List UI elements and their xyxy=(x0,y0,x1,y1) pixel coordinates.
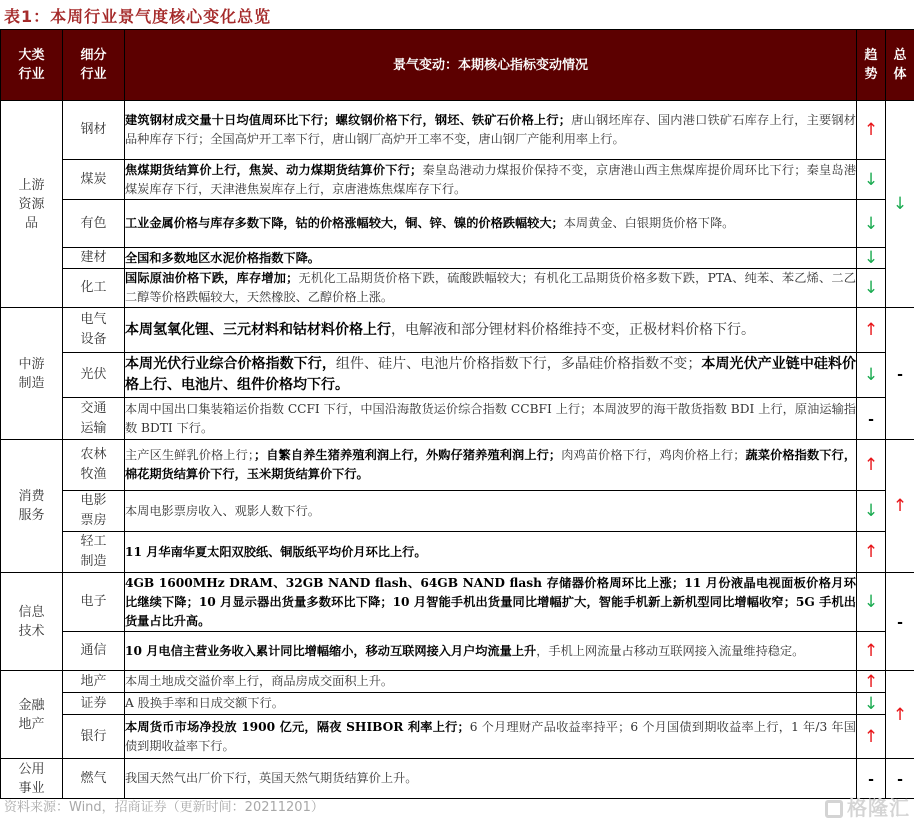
description-cell: 本周土地成交溢价率上行，商品房成交面积上升。 xyxy=(125,671,857,693)
header-subcategory: 细分行业 xyxy=(63,30,125,101)
table-row: 银行本周货币市场净投放 1900 亿元，隔夜 SHIBOR 利率上行；6 个月理… xyxy=(1,715,914,759)
dash-icon: - xyxy=(868,772,874,788)
arrow-up-icon: ↑ xyxy=(864,120,878,140)
trend-cell: ↓ xyxy=(857,491,886,532)
description-cell: 工业金属价格与库存多数下降，钴的价格涨幅较大，铜、锌、镍的价格跌幅较大；本周黄金… xyxy=(125,200,857,248)
arrow-up-icon: ↑ xyxy=(864,455,878,475)
table-row: 电影票房本周电影票房收入、观影人数下行。↓ xyxy=(1,491,914,532)
header-description: 景气变动：本期核心指标变动情况 xyxy=(125,30,857,101)
description-cell: A 股换手率和日成交额下行。 xyxy=(125,693,857,715)
arrow-down-icon: ↓ xyxy=(864,501,878,521)
arrow-up-icon: ↑ xyxy=(864,727,878,747)
overall-cell: ↓ xyxy=(886,101,914,308)
description-cell: 建筑钢材成交量十日均值周环比下行；螺纹钢价格下行，钢坯、铁矿石价格上行；唐山钢坯… xyxy=(125,101,857,160)
table-header-row: 大类行业 细分行业 景气变动：本期核心指标变动情况 趋势 总体 xyxy=(1,30,914,101)
trend-cell: ↑ xyxy=(857,532,886,573)
table-row: 金融地产地产本周土地成交溢价率上行，商品房成交面积上升。↑↑ xyxy=(1,671,914,693)
subcategory-cell: 电子 xyxy=(63,573,125,632)
arrow-down-icon: ↓ xyxy=(864,278,878,298)
subcategory-cell: 通信 xyxy=(63,632,125,671)
description-cell: 本周光伏行业综合价格指数下行，组件、硅片、电池片价格指数下行，多晶硅价格指数不变… xyxy=(125,353,857,398)
trend-cell: ↑ xyxy=(857,101,886,160)
description-cell: 主产区生鲜乳价格上行；；自繁自养生猪养殖利润上行，外购仔猪养殖利润上行；肉鸡苗价… xyxy=(125,440,857,491)
table-row: 上游资源品钢材建筑钢材成交量十日均值周环比下行；螺纹钢价格下行，钢坯、铁矿石价格… xyxy=(1,101,914,160)
subcategory-cell: 农林牧渔 xyxy=(63,440,125,491)
watermark-logo-icon xyxy=(825,800,843,818)
arrow-up-icon: ↑ xyxy=(864,320,878,340)
table-row: 消费服务农林牧渔主产区生鲜乳价格上行；；自繁自养生猪养殖利润上行，外购仔猪养殖利… xyxy=(1,440,914,491)
description-cell: 11 月华南华夏太阳双胶纸、铜版纸平均价月环比上行。 xyxy=(125,532,857,573)
header-category: 大类行业 xyxy=(1,30,63,101)
table-row: 交通运输本周中国出口集装箱运价指数 CCFI 下行，中国沿海散货运价综合指数 C… xyxy=(1,398,914,440)
overall-cell: - xyxy=(886,308,914,440)
arrow-down-icon: ↓ xyxy=(864,365,878,385)
arrow-down-icon: ↓ xyxy=(864,592,878,612)
table-row: 光伏本周光伏行业综合价格指数下行，组件、硅片、电池片价格指数下行，多晶硅价格指数… xyxy=(1,353,914,398)
table-row: 化工国际原油价格下跌，库存增加；无机化工品期货价格下跌，硫酸跌幅较大；有机化工品… xyxy=(1,269,914,308)
subcategory-cell: 银行 xyxy=(63,715,125,759)
table-title: 表1：本周行业景气度核心变化总览 xyxy=(4,4,271,26)
subcategory-cell: 化工 xyxy=(63,269,125,308)
subcategory-cell: 燃气 xyxy=(63,759,125,799)
description-cell: 4GB 1600MHz DRAM、32GB NAND flash、64GB NA… xyxy=(125,573,857,632)
trend-cell: ↑ xyxy=(857,440,886,491)
arrow-down-icon: ↓ xyxy=(864,214,878,234)
arrow-up-icon: ↑ xyxy=(864,672,878,692)
subcategory-cell: 轻工制造 xyxy=(63,532,125,573)
table-row: 有色工业金属价格与库存多数下降，钴的价格涨幅较大，铜、锌、镍的价格跌幅较大；本周… xyxy=(1,200,914,248)
trend-cell: ↑ xyxy=(857,308,886,353)
description-cell: 国际原油价格下跌，库存增加；无机化工品期货价格下跌，硫酸跌幅较大；有机化工品期货… xyxy=(125,269,857,308)
table-row: 公用事业燃气我国天然气出厂价下行，英国天然气期货结算价上升。-- xyxy=(1,759,914,799)
description-cell: 焦煤期货结算价上行，焦炭、动力煤期货结算价下行；秦皇岛港动力煤报价保持不变，京唐… xyxy=(125,160,857,200)
subcategory-cell: 证券 xyxy=(63,693,125,715)
arrow-up-icon: ↑ xyxy=(893,496,907,516)
trend-cell: ↓ xyxy=(857,160,886,200)
description-cell: 本周中国出口集装箱运价指数 CCFI 下行，中国沿海散货运价综合指数 CCBFI… xyxy=(125,398,857,440)
dash-icon: - xyxy=(897,772,903,788)
table-row: 通信10 月电信主营业务收入累计同比增幅缩小，移动互联网接入月户均流量上升，手机… xyxy=(1,632,914,671)
subcategory-cell: 光伏 xyxy=(63,353,125,398)
trend-cell: ↓ xyxy=(857,248,886,269)
category-cell: 金融地产 xyxy=(1,671,63,759)
subcategory-cell: 钢材 xyxy=(63,101,125,160)
description-cell: 10 月电信主营业务收入累计同比增幅缩小，移动互联网接入月户均流量上升，手机上网… xyxy=(125,632,857,671)
table-body: 上游资源品钢材建筑钢材成交量十日均值周环比下行；螺纹钢价格下行，钢坯、铁矿石价格… xyxy=(1,101,914,799)
trend-cell: ↑ xyxy=(857,632,886,671)
dash-icon: - xyxy=(897,615,903,631)
description-cell: 全国和多数地区水泥价格指数下降。 xyxy=(125,248,857,269)
table-row: 轻工制造11 月华南华夏太阳双胶纸、铜版纸平均价月环比上行。↑ xyxy=(1,532,914,573)
category-cell: 信息技术 xyxy=(1,573,63,671)
subcategory-cell: 电影票房 xyxy=(63,491,125,532)
subcategory-cell: 交通运输 xyxy=(63,398,125,440)
trend-cell: ↓ xyxy=(857,269,886,308)
subcategory-cell: 建材 xyxy=(63,248,125,269)
table-row: 证券A 股换手率和日成交额下行。↓ xyxy=(1,693,914,715)
overall-cell: ↑ xyxy=(886,671,914,759)
trend-cell: ↑ xyxy=(857,671,886,693)
dash-icon: - xyxy=(868,412,874,428)
trend-cell: ↑ xyxy=(857,715,886,759)
overall-cell: ↑ xyxy=(886,440,914,573)
trend-cell: ↓ xyxy=(857,200,886,248)
trend-cell: - xyxy=(857,398,886,440)
watermark: 格隆汇 xyxy=(825,792,910,821)
description-cell: 本周氢氧化锂、三元材料和钴材料价格上行，电解液和部分锂材料价格维持不变，正极材料… xyxy=(125,308,857,353)
table-row: 信息技术电子4GB 1600MHz DRAM、32GB NAND flash、6… xyxy=(1,573,914,632)
arrow-down-icon: ↓ xyxy=(864,170,878,190)
header-overall: 总体 xyxy=(886,30,914,101)
description-cell: 本周货币市场净投放 1900 亿元，隔夜 SHIBOR 利率上行；6 个月理财产… xyxy=(125,715,857,759)
description-cell: 我国天然气出厂价下行，英国天然气期货结算价上升。 xyxy=(125,759,857,799)
source-footnote: 资料来源：Wind，招商证券（更新时间：20211201） xyxy=(4,796,324,815)
category-cell: 公用事业 xyxy=(1,759,63,799)
table-row: 中游制造电气设备本周氢氧化锂、三元材料和钴材料价格上行，电解液和部分锂材料价格维… xyxy=(1,308,914,353)
arrow-up-icon: ↑ xyxy=(864,542,878,562)
trend-cell: ↓ xyxy=(857,693,886,715)
arrow-down-icon: ↓ xyxy=(893,194,907,214)
category-cell: 消费服务 xyxy=(1,440,63,573)
subcategory-cell: 电气设备 xyxy=(63,308,125,353)
dash-icon: - xyxy=(897,367,903,383)
category-cell: 上游资源品 xyxy=(1,101,63,308)
header-trend: 趋势 xyxy=(857,30,886,101)
subcategory-cell: 煤炭 xyxy=(63,160,125,200)
subcategory-cell: 有色 xyxy=(63,200,125,248)
arrow-down-icon: ↓ xyxy=(864,248,878,268)
table-row: 建材全国和多数地区水泥价格指数下降。↓ xyxy=(1,248,914,269)
arrow-up-icon: ↑ xyxy=(864,641,878,661)
description-cell: 本周电影票房收入、观影人数下行。 xyxy=(125,491,857,532)
arrow-up-icon: ↑ xyxy=(893,705,907,725)
trend-cell: ↓ xyxy=(857,353,886,398)
industry-prosperity-table: 大类行业 细分行业 景气变动：本期核心指标变动情况 趋势 总体 上游资源品钢材建… xyxy=(0,29,914,799)
arrow-down-icon: ↓ xyxy=(864,694,878,714)
category-cell: 中游制造 xyxy=(1,308,63,440)
trend-cell: ↓ xyxy=(857,573,886,632)
subcategory-cell: 地产 xyxy=(63,671,125,693)
overall-cell: - xyxy=(886,573,914,671)
table-row: 煤炭焦煤期货结算价上行，焦炭、动力煤期货结算价下行；秦皇岛港动力煤报价保持不变，… xyxy=(1,160,914,200)
